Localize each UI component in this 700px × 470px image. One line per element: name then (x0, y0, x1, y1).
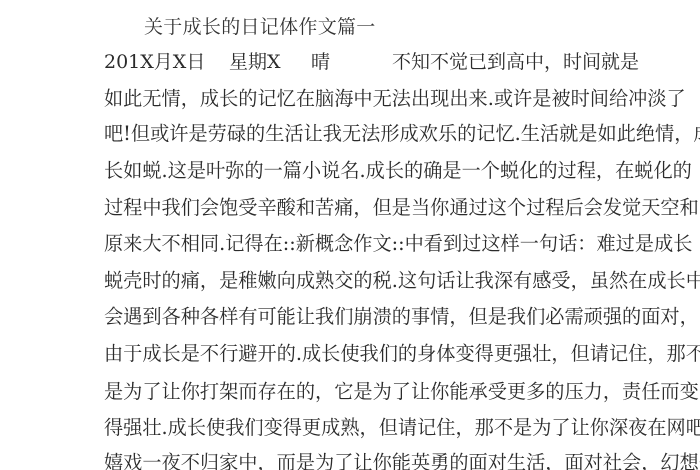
paragraph-line: 嬉戏一夜不归家中，而是为了让你能英勇的面对生活，面对社会，幻想是 (104, 452, 598, 470)
paragraph-line: 不知不觉已到高中，时间就是 (392, 51, 598, 73)
paragraph-line: 吧!但或许是劳碌的生活让我无法形成欢乐的记忆.生活就是如此绝情，成 (104, 123, 598, 145)
paragraph-line: 会遇到各种各样有可能让我们崩溃的事情，但是我们必需顽强的面对， (104, 306, 598, 328)
diary-weekday: 星期X (229, 51, 281, 73)
paragraph-line: 由于成长是不行避开的.成长使我们的身体变得更强壮，但请记住，那不 (104, 343, 598, 365)
paragraph-line: 过程中我们会饱受辛酸和苦痛，但是当你通过这个过程后会发觉天空和 (104, 197, 598, 219)
paragraph-line: 得强壮.成长使我们变得更成熟，但请记住，那不是为了让你深夜在网吧 (104, 417, 598, 439)
document-title: 关于成长的日记体作文篇一 (144, 16, 376, 38)
diary-date: 201X月X日 (104, 51, 205, 73)
paragraph-line: 如此无情，成长的记忆在脑海中无法出现出来.或许是被时间给冲淡了 (104, 88, 598, 110)
paragraph-line: 长如蜕.这是叶弥的一篇小说名.成长的确是一个蜕化的过程，在蜕化的 (104, 160, 598, 182)
paragraph-line: 蜕壳时的痛，是稚嫩向成熟交的税.这句话让我深有感受，虽然在成长中 (104, 270, 598, 292)
document-page: 关于成长的日记体作文篇一 201X月X日 星期X 晴 不知不觉已到高中，时间就是… (0, 0, 700, 470)
diary-header-line: 201X月X日 星期X 晴 不知不觉已到高中，时间就是 (104, 51, 598, 73)
paragraph-line: 原来大不相同.记得在::新概念作文::中看到过这样一句话：难过是成长 (104, 233, 598, 255)
paragraph-line: 是为了让你打架而存在的，它是为了让你能承受更多的压力，责任而变 (104, 381, 598, 403)
diary-weather: 晴 (311, 51, 330, 73)
